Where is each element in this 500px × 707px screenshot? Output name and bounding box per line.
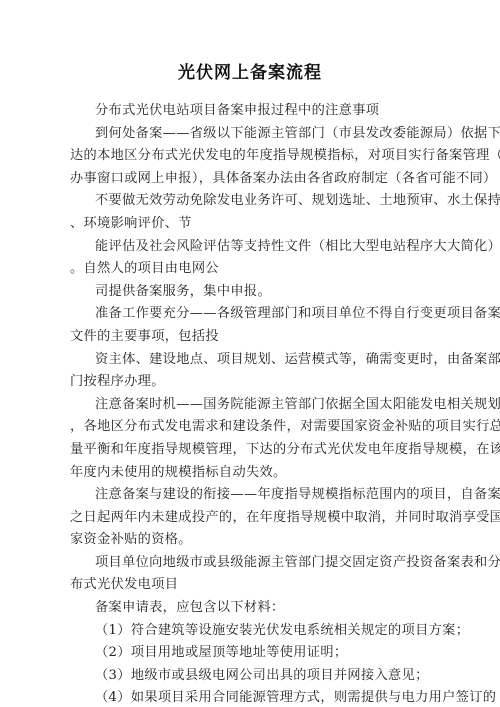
document-body: 分布式光伏电站项目备案申报过程中的注意事项 到何处备案——省级以下能源主管部门（… — [70, 100, 434, 707]
paragraph-line: 分布式光伏电站项目备案申报过程中的注意事项 — [70, 100, 434, 123]
paragraph-line: 。自然人的项目由电网公 — [70, 258, 434, 281]
paragraph-line: 文件的主要事项，包括投 — [70, 326, 434, 349]
list-item: （3）地级市或县级电网公司出具的项目并网接入意见； — [70, 665, 434, 688]
paragraph-line: 司提供备案服务，集中申报。 — [70, 281, 434, 304]
paragraph-line: 量平衡和年度指导规模管理，下达的分布式光伏发电年度指导规模，在该 — [70, 439, 434, 462]
list-item: （2）项目用地或屋顶等地址等使用证明； — [70, 642, 434, 665]
paragraph-line: ，各地区分布式发电需求和建设条件，对需要国家资金补贴的项目实行总 — [70, 416, 434, 439]
document-title: 光伏网上备案流程 — [0, 58, 500, 83]
list-item: （1）符合建筑等设施安装光伏发电系统相关规定的项目方案； — [70, 620, 434, 643]
paragraph-line: 到何处备案——省级以下能源主管部门（市县发改委能源局）依据下 — [70, 123, 434, 146]
paragraph-line: 资主体、建设地点、项目规划、运营模式等，确需变更时，由备案部 — [70, 349, 434, 372]
paragraph-line: 办事窗口或网上申报），具体备案办法由各省政府制定（各省可能不同） — [70, 168, 434, 191]
list-item: （4）如果项目采用合同能源管理方式，则需提供与电力用户签订的 — [70, 687, 434, 707]
paragraph-line: 布式光伏发电项目 — [70, 574, 434, 597]
paragraph-line: 、环境影响评价、节 — [70, 213, 434, 236]
paragraph-line: 不要做无效劳动免除发电业务许可、规划选址、土地预审、水土保持 — [70, 190, 434, 213]
paragraph-line: 准备工作要充分——各级管理部门和项目单位不得自行变更项目备案 — [70, 303, 434, 326]
paragraph-line: 达的本地区分布式光伏发电的年度指导规模指标，对项目实行备案管理（ — [70, 145, 434, 168]
paragraph-line: 项目单位向地级市或县级能源主管部门提交固定资产投资备案表和分 — [70, 552, 434, 575]
paragraph-line: 之日起两年内未建成投产的，在年度指导规模中取消，并同时取消享受国 — [70, 507, 434, 530]
paragraph-line: 能评估及社会风险评估等支持性文件（相比大型电站程序大大简化） — [70, 236, 434, 259]
paragraph-line: 注意备案时机——国务院能源主管部门依据全国太阳能发电相关规划 — [70, 394, 434, 417]
paragraph-line: 备案申请表，应包含以下材料： — [70, 597, 434, 620]
paragraph-line: 年度内未使用的规模指标自动失效。 — [70, 462, 434, 485]
paragraph-line: 门按程序办理。 — [70, 371, 434, 394]
paragraph-line: 家资金补贴的资格。 — [70, 529, 434, 552]
paragraph-line: 注意备案与建设的衔接——年度指导规模指标范围内的项目，自备案 — [70, 484, 434, 507]
